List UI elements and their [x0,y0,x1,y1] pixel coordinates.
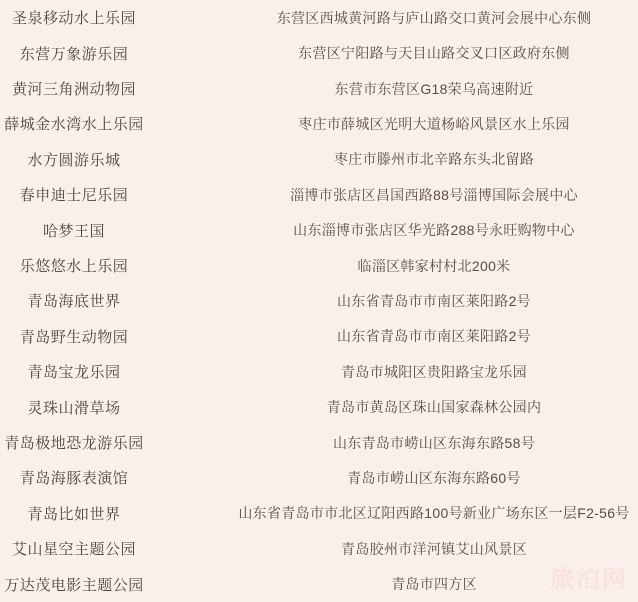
park-name-cell: 水方圆游乐城 [0,149,148,170]
park-name-cell: 青岛极地恐龙游乐园 [0,432,148,453]
park-address-cell: 青岛市黄岛区珠山国家森林公园内 [230,397,638,417]
park-address-cell: 山东省青岛市市北区辽阳西路100号新业广场东区一层F2-56号 [230,503,638,523]
table-row: 青岛比如世界 山东省青岛市市北区辽阳西路100号新业广场东区一层F2-56号 [0,496,638,531]
park-address-cell: 山东省青岛市市南区莱阳路2号 [230,326,638,346]
table-row: 青岛海底世界 山东省青岛市市南区莱阳路2号 [0,283,638,318]
park-name-cell: 圣泉移动水上乐园 [0,7,148,28]
table-row: 薛城金水湾水上乐园 枣庄市薛城区光明大道杨峪风景区水上乐园 [0,106,638,141]
park-name-cell: 艾山星空主题公园 [0,538,148,559]
park-name-cell: 哈梦王国 [0,220,148,241]
table-row: 青岛海豚表演馆 青岛市崂山区东海东路60号 [0,460,638,495]
park-address-cell: 东营区西城黄河路与庐山路交口黄河会展中心东侧 [230,8,638,28]
park-name-cell: 春申迪士尼乐园 [0,184,148,205]
park-address-cell: 枣庄市薛城区光明大道杨峪风景区水上乐园 [230,114,638,134]
table-row: 万达茂电影主题公园 青岛市四方区 [0,567,638,602]
table-row: 乐悠悠水上乐园 临淄区韩家村村北200米 [0,248,638,283]
table-row: 水方圆游乐城 枣庄市滕州市北辛路东头北留路 [0,142,638,177]
table-row: 哈梦王国 山东淄博市张店区华光路288号永旺购物中心 [0,212,638,247]
park-address-cell: 淄博市张店区昌国西路88号淄博国际会展中心 [230,185,638,205]
park-address-cell: 青岛市城阳区贵阳路宝龙乐园 [230,362,638,382]
park-name-cell: 东营万象游乐园 [0,43,148,64]
park-address-cell: 青岛市四方区 [230,574,638,594]
park-name-cell: 乐悠悠水上乐园 [0,255,148,276]
table-row: 圣泉移动水上乐园 东营区西城黄河路与庐山路交口黄河会展中心东侧 [0,0,638,35]
park-address-cell: 东营区宁阳路与天目山路交叉口区政府东侧 [230,43,638,63]
park-name-cell: 青岛比如世界 [0,503,148,524]
table-row: 青岛野生动物园 山东省青岛市市南区莱阳路2号 [0,319,638,354]
park-address-cell: 青岛胶州市洋河镇艾山风景区 [230,539,638,559]
table-row: 灵珠山滑草场 青岛市黄岛区珠山国家森林公园内 [0,389,638,424]
park-name-cell: 万达茂电影主题公园 [0,574,148,595]
park-address-cell: 东营市东营区G18荣乌高速附近 [230,79,638,99]
park-name-cell: 青岛宝龙乐园 [0,361,148,382]
park-name-cell: 灵珠山滑草场 [0,397,148,418]
park-name-cell: 青岛野生动物园 [0,326,148,347]
table-row: 东营万象游乐园 东营区宁阳路与天目山路交叉口区政府东侧 [0,35,638,70]
parks-list-page: 圣泉移动水上乐园 东营区西城黄河路与庐山路交口黄河会展中心东侧 东营万象游乐园 … [0,0,638,602]
park-address-cell: 山东青岛市崂山区东海东路58号 [230,433,638,453]
park-name-cell: 黄河三角洲动物园 [0,78,148,99]
table-row: 艾山星空主题公园 青岛胶州市洋河镇艾山风景区 [0,531,638,566]
park-address-cell: 枣庄市滕州市北辛路东头北留路 [230,149,638,169]
park-name-cell: 薛城金水湾水上乐园 [0,113,148,134]
table-row: 青岛极地恐龙游乐园 山东青岛市崂山区东海东路58号 [0,425,638,460]
park-address-cell: 青岛市崂山区东海东路60号 [230,468,638,488]
table-row: 春申迪士尼乐园 淄博市张店区昌国西路88号淄博国际会展中心 [0,177,638,212]
table-row: 黄河三角洲动物园 东营市东营区G18荣乌高速附近 [0,71,638,106]
park-address-cell: 山东淄博市张店区华光路288号永旺购物中心 [230,220,638,240]
parks-table: 圣泉移动水上乐园 东营区西城黄河路与庐山路交口黄河会展中心东侧 东营万象游乐园 … [0,0,638,602]
park-address-cell: 山东省青岛市市南区莱阳路2号 [230,291,638,311]
park-address-cell: 临淄区韩家村村北200米 [230,256,638,276]
park-name-cell: 青岛海底世界 [0,290,148,311]
table-row: 青岛宝龙乐园 青岛市城阳区贵阳路宝龙乐园 [0,354,638,389]
park-name-cell: 青岛海豚表演馆 [0,467,148,488]
